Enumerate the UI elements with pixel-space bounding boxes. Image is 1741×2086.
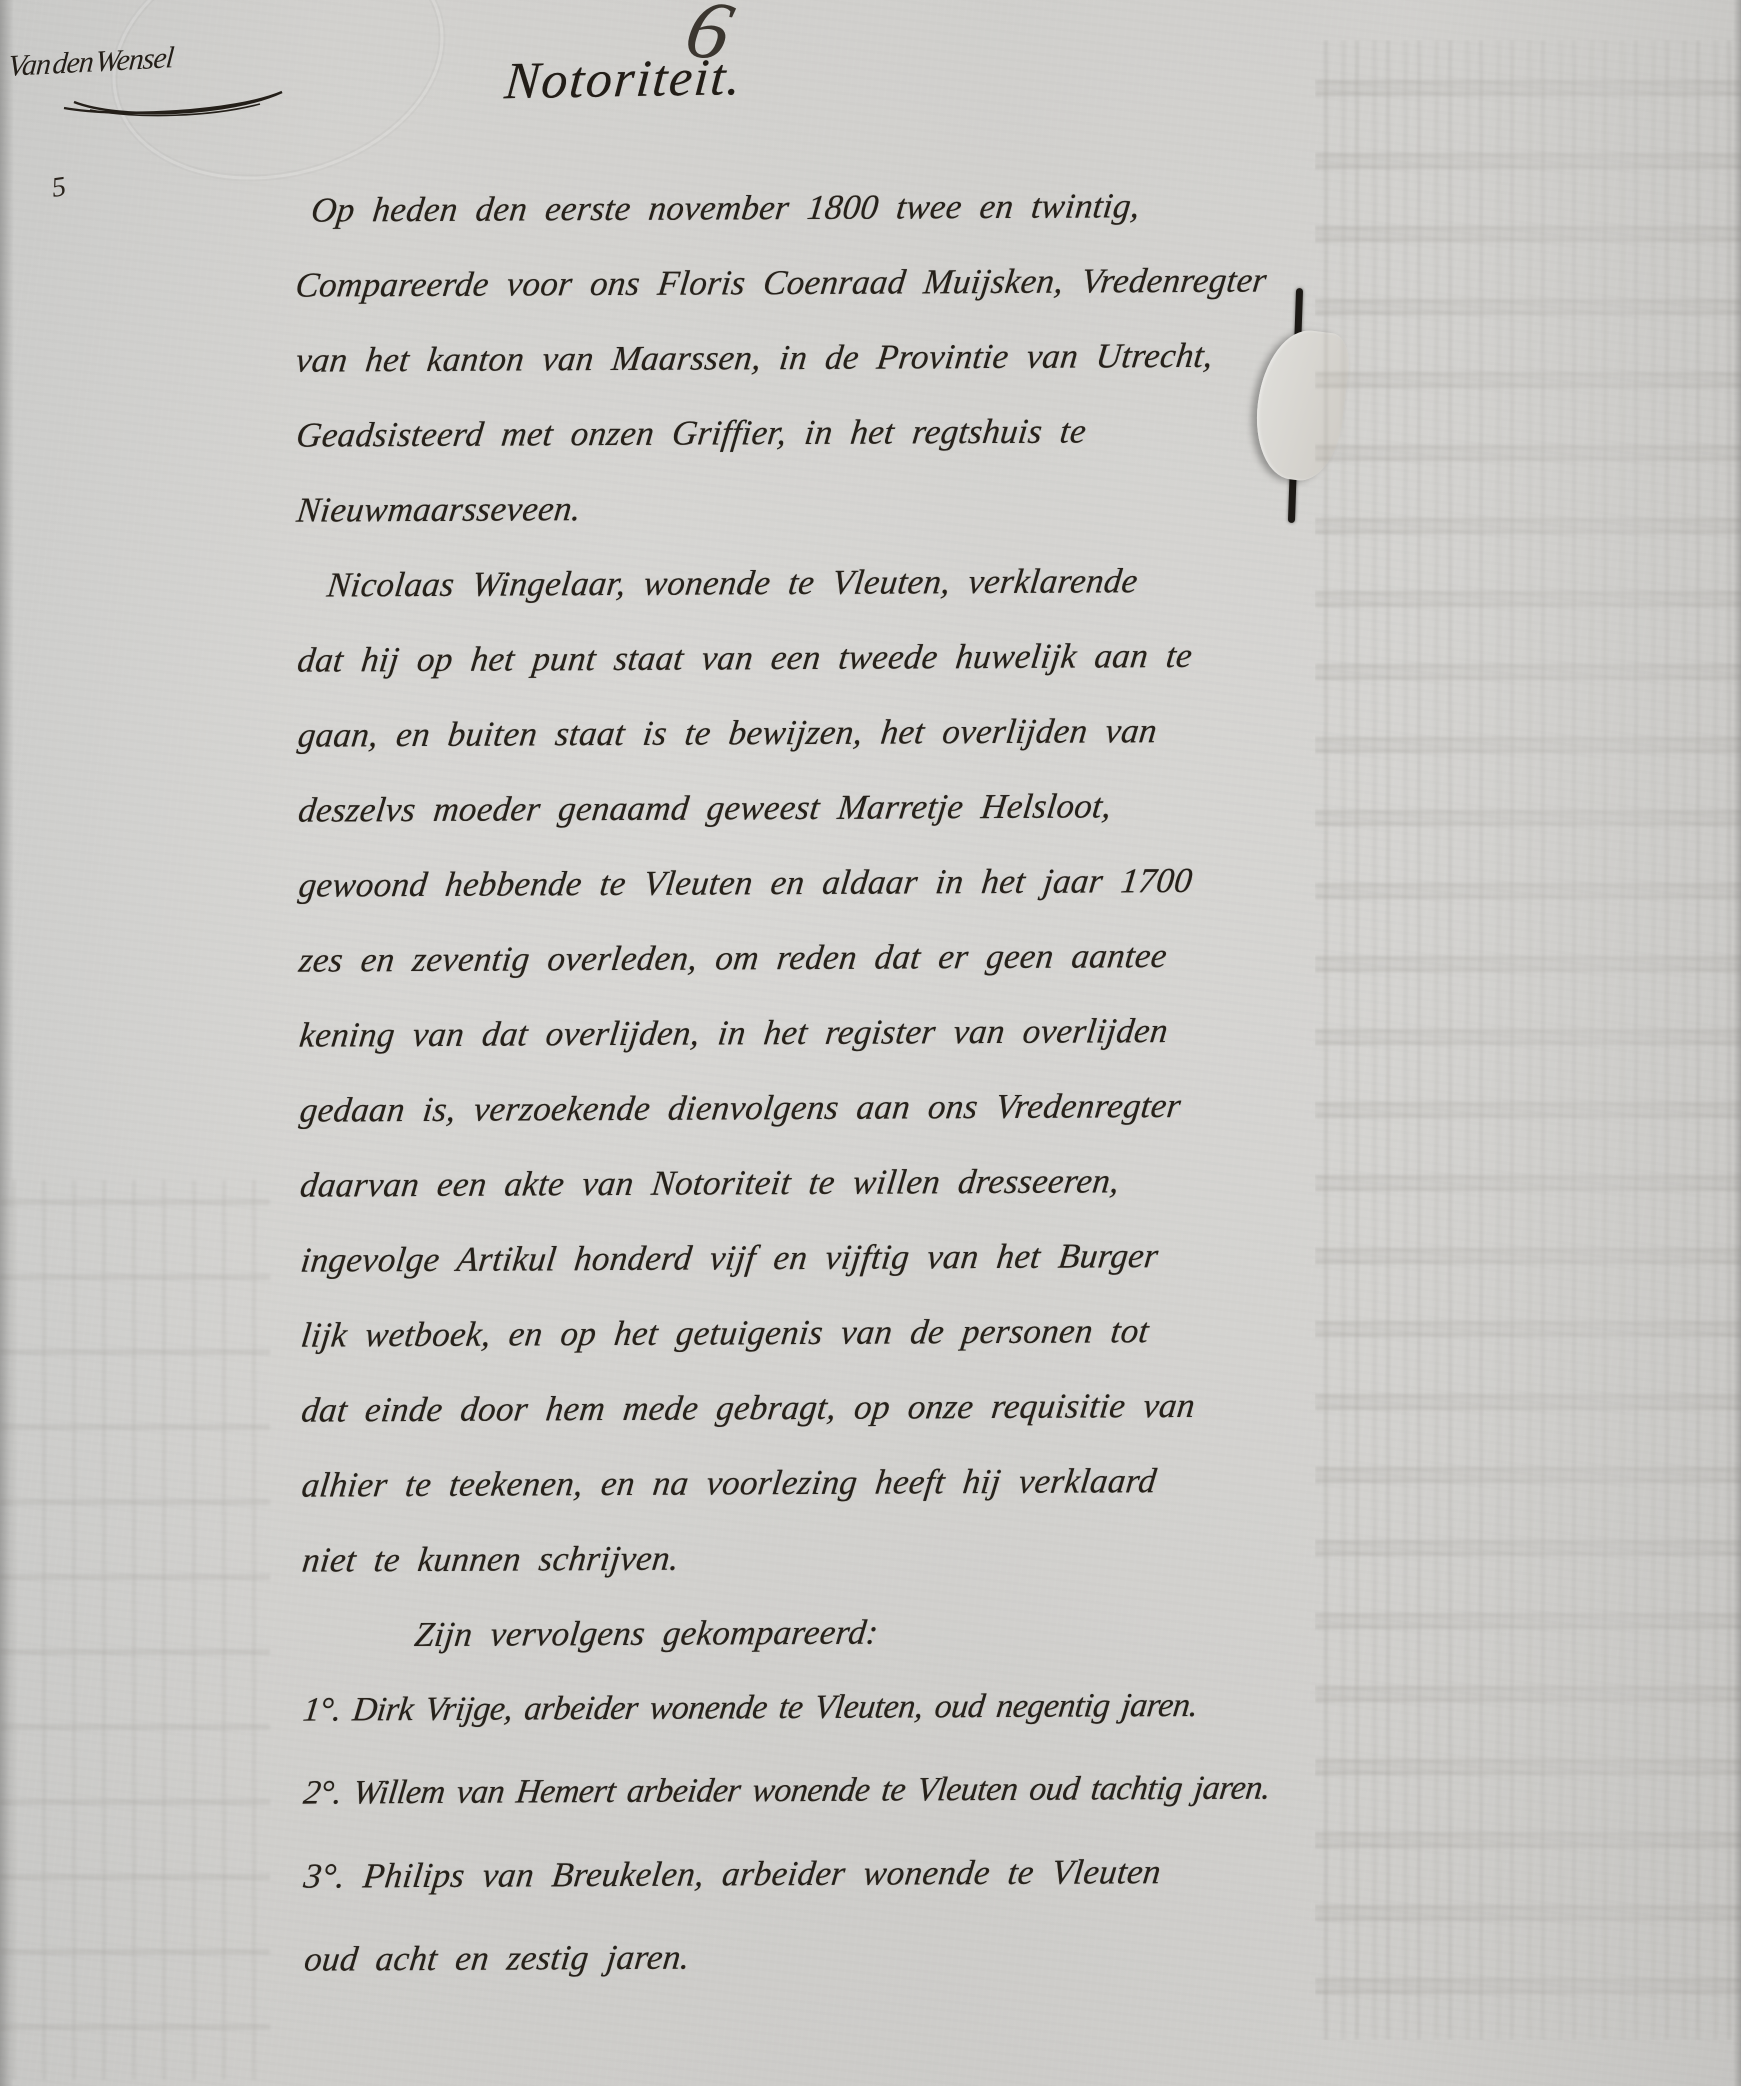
subheading-line: Zijn vervolgens gekompareerd: [410,1592,1312,1672]
body-line: dat einde door hem mede gebragt, op onze… [297,1367,1311,1447]
body-line: deszelvs moeder genaamd geweest Marretje… [294,767,1308,847]
body-line: Geadsisteerd met onzen Griffier, in het … [292,392,1306,472]
page-left-edge-shadow [0,0,14,2086]
margin-number: 5 [50,171,68,205]
bleed-through-text-left [0,1180,270,2080]
body-line: Op heden den eerste november 1800 twee e… [307,167,1305,247]
body-line: Nicolaas Wingelaar, wonende te Vleuten, … [323,542,1307,622]
body-line: dat hij op het punt staat van een tweede… [293,617,1307,697]
body-line: daarvan een akte van Notoriteit te wille… [296,1142,1310,1222]
witness-line: oud acht en zestig jaren. [300,1916,1314,1996]
bleed-through-text-right [1315,40,1741,2040]
body-line: gedaan is, verzoekende dienvolgens aan o… [296,1067,1310,1147]
witness-line: 1°. Dirk Vrijge, arbeider wonende te Vle… [299,1667,1313,1747]
body-line: gaan, en buiten staat is te bewijzen, he… [294,692,1308,772]
page-right-edge-shadow [1733,0,1741,2086]
body-line: gewoond hebbende te Vleuten en aldaar in… [295,842,1309,922]
deed-body: Op heden den eerste november 1800 twee e… [295,167,1310,1996]
scanned-document-page: Van den Wensel 5 6 Notoriteit. Op heden … [0,0,1741,2086]
body-line: zes en zeventig overleden, om reden dat … [295,917,1309,997]
body-line: Compareerde voor ons Floris Coenraad Mui… [291,242,1305,322]
signature-flourish [60,86,290,122]
page-title: Notoriteit. [502,44,987,111]
witness-line: 2°. Willem van Hemert arbeider wonende t… [299,1750,1313,1830]
body-line: niet te kunnen schrijven. [298,1517,1312,1597]
body-line: lijk wetboek, en op het getuigenis van d… [297,1292,1311,1372]
witness-line: 3°. Philips van Breukelen, arbeider wone… [300,1833,1314,1913]
body-line: kening van dat overlijden, in het regist… [295,992,1309,1072]
body-line: Nieuwmaarsseveen. [293,467,1307,547]
body-line: ingevolge Artikul honderd vijf en vijfti… [297,1217,1311,1297]
body-line: alhier te teekenen, en na voorlezing hee… [298,1442,1312,1522]
body-line: van het kanton van Maarssen, in de Provi… [292,317,1306,397]
